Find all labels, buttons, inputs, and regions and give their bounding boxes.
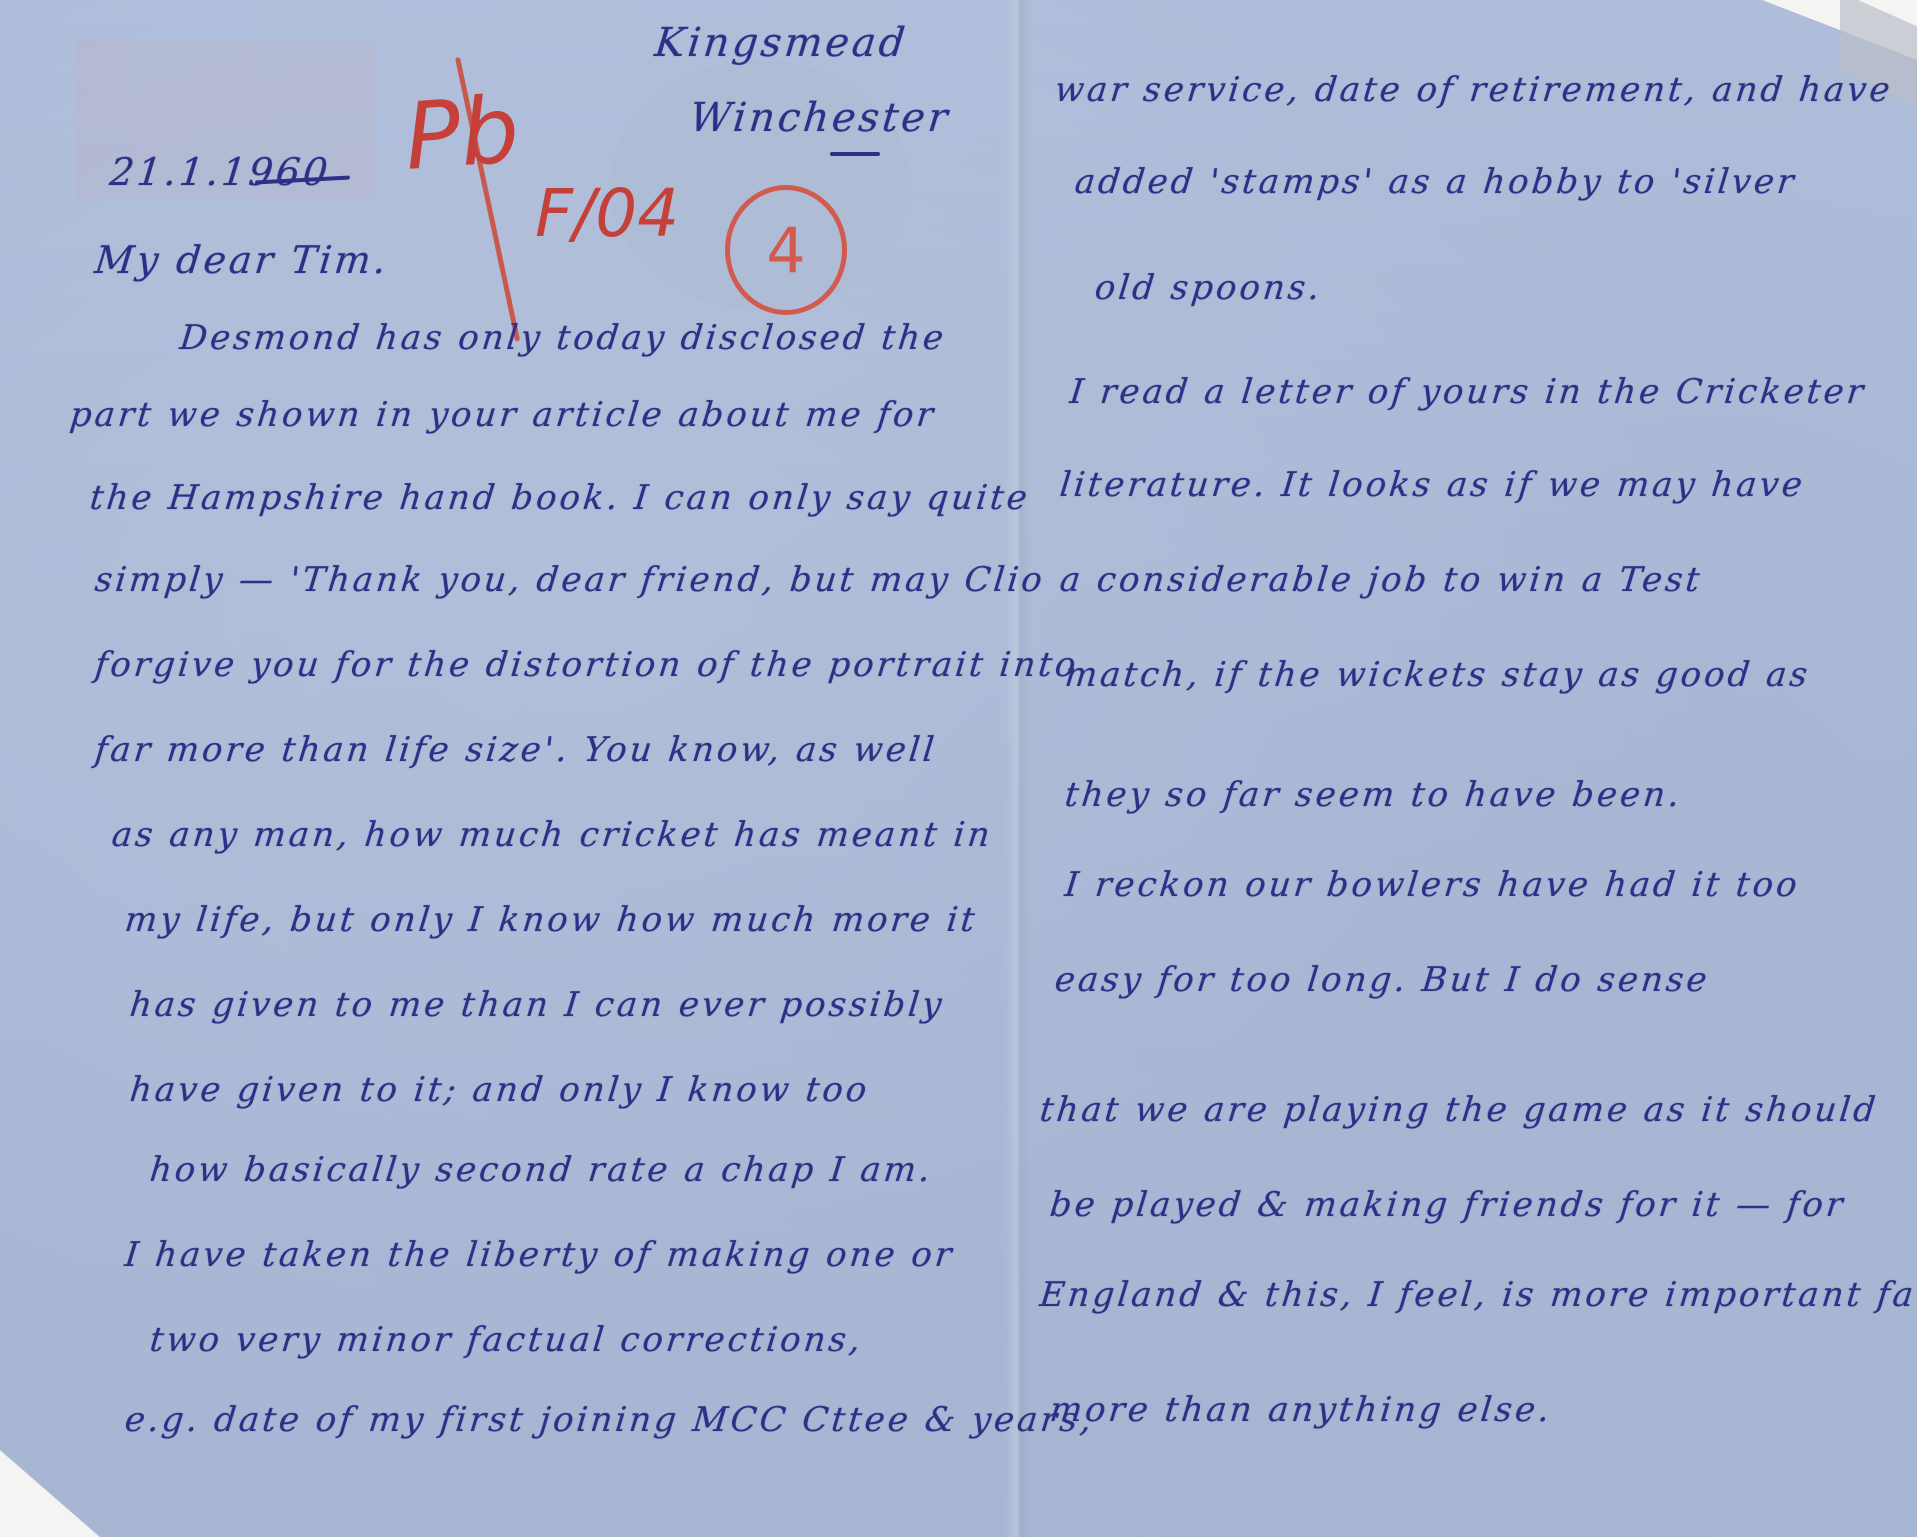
address-line-1: Kingsmead (653, 20, 910, 66)
right-line: I read a letter of yours in the Crickete… (1068, 372, 1868, 412)
right-line: a considerable job to win a Test (1058, 560, 1705, 600)
right-line: match, if the wickets stay as good as (1063, 655, 1812, 695)
archivist-initials: Pb (401, 76, 522, 191)
left-line: has given to me than I can ever possibly (128, 985, 947, 1025)
left-line: part we shown in your article about me f… (68, 395, 938, 435)
right-line: added 'stamps' as a hobby to 'silver (1073, 162, 1799, 202)
salutation: My dear Tim. (93, 238, 391, 282)
left-line: I have taken the liberty of making one o… (123, 1235, 957, 1275)
circled-page-number: 4 (725, 185, 847, 315)
right-line: be played & making friends for it — for (1048, 1185, 1848, 1225)
letter-date: 21.1.1960 (108, 150, 333, 194)
right-line: they so far seem to have been. (1063, 775, 1684, 815)
left-line: as any man, how much cricket has meant i… (110, 815, 995, 855)
address-line-2: Winchester (688, 95, 953, 141)
left-line: have given to it; and only I know too (128, 1070, 872, 1110)
page-fold (1005, 0, 1031, 1537)
right-line: England & this, I feel, is more importan… (1038, 1275, 1917, 1315)
left-line: two very minor factual corrections, (148, 1320, 865, 1360)
right-line: more than anything else. (1048, 1390, 1554, 1430)
right-line: that we are playing the game as it shoul… (1038, 1090, 1880, 1130)
right-line: literature. It looks as if we may have (1058, 465, 1807, 505)
left-line: forgive you for the distortion of the po… (93, 645, 1081, 685)
left-line: the Hampshire hand book. I can only say … (88, 478, 1032, 518)
address-underline (830, 152, 880, 156)
right-line: I reckon our bowlers have had it too (1063, 865, 1802, 905)
left-line: far more than life size'. You know, as w… (93, 730, 939, 770)
archive-reference: F/04 (535, 175, 679, 252)
left-line: my life, but only I know how much more i… (123, 900, 980, 940)
right-line: old spoons. (1093, 268, 1324, 308)
circled-number-text: 4 (766, 214, 805, 287)
right-line: war service, date of retirement, and hav… (1053, 70, 1895, 110)
left-line: how basically second rate a chap I am. (148, 1150, 935, 1190)
right-line: easy for too long. But I do sense (1053, 960, 1712, 1000)
left-line: simply — 'Thank you, dear friend, but ma… (93, 560, 1047, 600)
left-line: e.g. date of my first joining MCC Cttee … (123, 1400, 1096, 1440)
left-line: Desmond has only today disclosed the (178, 318, 948, 358)
